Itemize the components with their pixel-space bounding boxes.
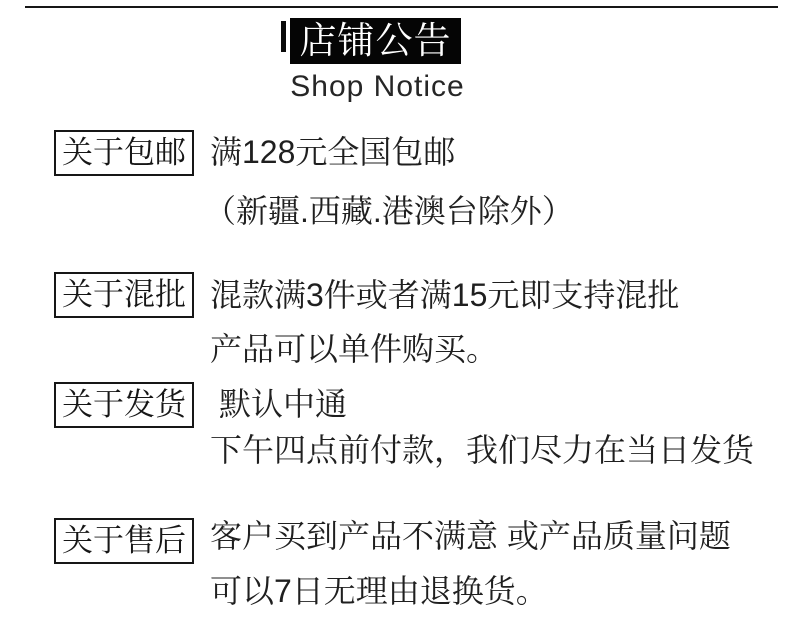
notice-text: 混款满3件或者满15元即支持混批 [210, 277, 679, 313]
top-divider [25, 6, 778, 8]
header-tick-mark [281, 21, 286, 52]
notice-text: 下午四点前付款，我们尽力在当日发货 [210, 432, 754, 468]
notice-text: 客户买到产品不满意 或产品质量问题 [210, 518, 731, 554]
section-label-after-sales: 关于售后 [54, 518, 194, 564]
notice-text: 默认中通 [219, 386, 347, 422]
section-label-delivery: 关于发货 [54, 382, 194, 428]
page-title: 店铺公告 [290, 18, 461, 64]
section-label-shipping-free: 关于包邮 [54, 130, 194, 176]
page-subtitle: Shop Notice [270, 70, 485, 104]
section-label-mixed-batch: 关于混批 [54, 272, 194, 318]
notice-text: 可以7日无理由退换货。 [210, 573, 548, 609]
notice-text: 产品可以单件购买。 [210, 331, 498, 367]
notice-text: （新疆.西藏.港澳台除外） [204, 193, 574, 229]
notice-text: 满128元全国包邮 [210, 134, 455, 170]
shop-notice-page: 店铺公告 Shop Notice 关于包邮 满128元全国包邮 （新疆.西藏.港… [0, 0, 788, 640]
